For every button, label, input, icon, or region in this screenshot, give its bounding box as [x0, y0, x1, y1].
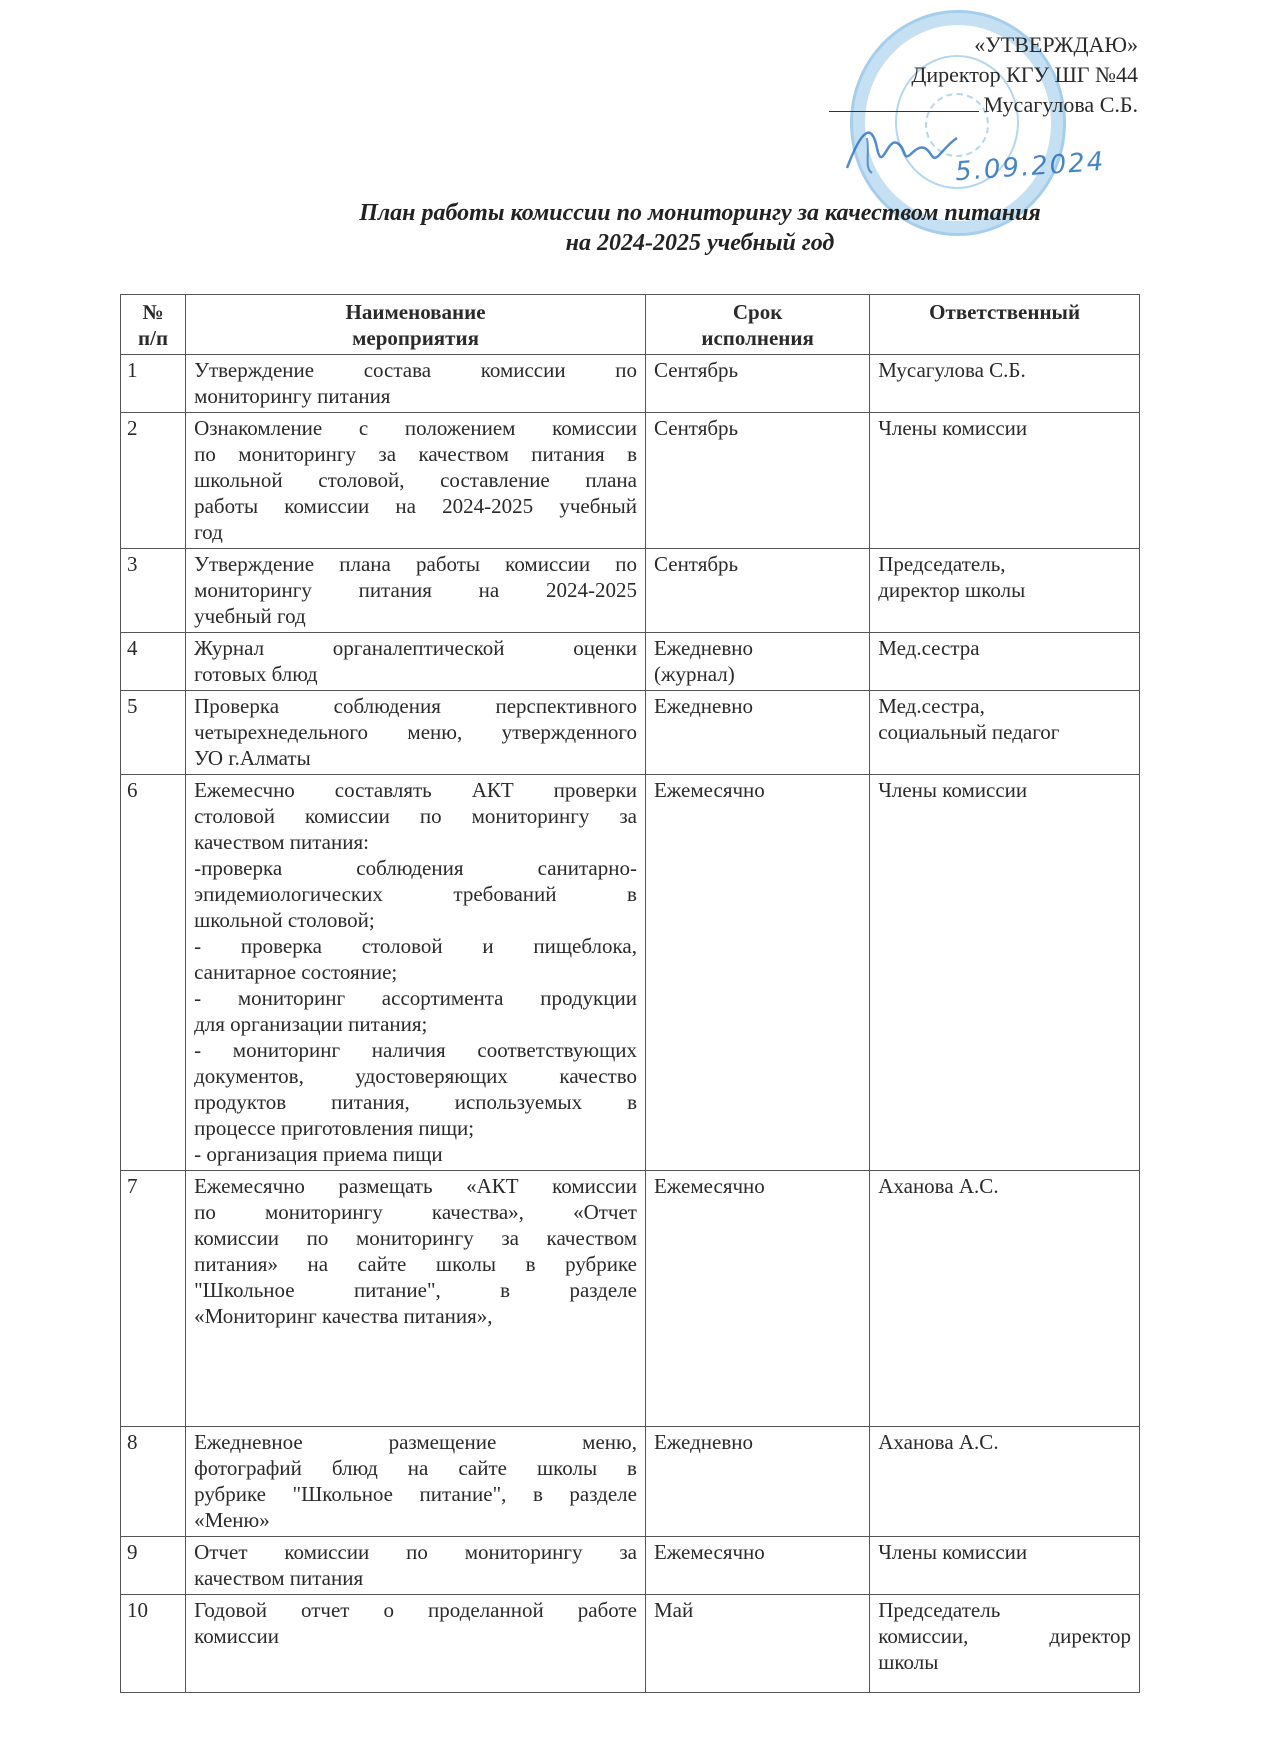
table-row: 9Отчет комиссии по мониторингу закачеств… [121, 1537, 1140, 1595]
activity-name: Годовой отчет о проделанной работекомисс… [186, 1595, 646, 1693]
deadline: Ежемесячно [645, 1537, 869, 1595]
table-row: 4Журнал органалептической оценкиготовых … [121, 633, 1140, 691]
approval-block: «УТВЕРЖДАЮ» Директор КГУ ШГ №44 Мусагуло… [829, 30, 1138, 120]
responsible-person: Мед.сестра [870, 633, 1140, 691]
activity-name: Ежемесячно размещать «АКТ комиссиипо мон… [186, 1171, 646, 1427]
approval-signatory: Мусагулова С.Б. [829, 90, 1138, 120]
activity-name: Утверждение плана работы комиссии помони… [186, 549, 646, 633]
deadline: Ежемесячно [645, 775, 869, 1171]
row-number: 10 [121, 1595, 186, 1693]
activity-name: Утверждение состава комиссии помониторин… [186, 355, 646, 413]
activity-name: Журнал органалептической оценкиготовых б… [186, 633, 646, 691]
director-signature [842, 118, 962, 178]
approval-name: Мусагулова С.Б. [983, 92, 1138, 117]
table-body: 1Утверждение состава комиссии помонитори… [121, 355, 1140, 1693]
table-header-row: №п/п Наименованиемероприятия Срокисполне… [121, 295, 1140, 355]
deadline: Сентябрь [645, 413, 869, 549]
responsible-person: Члены комиссии [870, 1537, 1140, 1595]
responsible-person: Мед.сестра,социальный педагог [870, 691, 1140, 775]
responsible-person: Члены комиссии [870, 775, 1140, 1171]
responsible-person: Аханова А.С. [870, 1171, 1140, 1427]
header-responsible: Ответственный [870, 295, 1140, 355]
activity-name: Ознакомление с положением комиссиипо мон… [186, 413, 646, 549]
responsible-person: Мусагулова С.Б. [870, 355, 1140, 413]
row-number: 5 [121, 691, 186, 775]
row-number: 9 [121, 1537, 186, 1595]
document-title: План работы комиссии по мониторингу за к… [250, 198, 1150, 258]
deadline: Май [645, 1595, 869, 1693]
deadline: Ежедневно(журнал) [645, 633, 869, 691]
deadline: Ежедневно [645, 1427, 869, 1537]
title-line-1: План работы комиссии по мониторингу за к… [250, 198, 1150, 228]
header-num: №п/п [121, 295, 186, 355]
table-row: 8Ежедневное размещение меню,фотографий б… [121, 1427, 1140, 1537]
activity-name: Отчет комиссии по мониторингу закачество… [186, 1537, 646, 1595]
approval-position: Директор КГУ ШГ №44 [829, 60, 1138, 90]
deadline: Сентябрь [645, 549, 869, 633]
responsible-person: Члены комиссии [870, 413, 1140, 549]
responsible-person: Председателькомиссии, директоршколы [870, 1595, 1140, 1693]
title-line-2: на 2024-2025 учебный год [250, 228, 1150, 258]
row-number: 6 [121, 775, 186, 1171]
header-term: Срокисполнения [645, 295, 869, 355]
responsible-person: Аханова А.С. [870, 1427, 1140, 1537]
header-name: Наименованиемероприятия [186, 295, 646, 355]
deadline: Ежемесячно [645, 1171, 869, 1427]
table-row: 5Проверка соблюдения перспективногочетыр… [121, 691, 1140, 775]
row-number: 8 [121, 1427, 186, 1537]
row-number: 1 [121, 355, 186, 413]
row-number: 4 [121, 633, 186, 691]
deadline: Сентябрь [645, 355, 869, 413]
activity-name: Проверка соблюдения перспективногочетыре… [186, 691, 646, 775]
approval-heading: «УТВЕРЖДАЮ» [829, 30, 1138, 60]
activity-name: Ежемесчно составлять АКТ проверкистолово… [186, 775, 646, 1171]
plan-table: №п/п Наименованиемероприятия Срокисполне… [120, 294, 1140, 1693]
table-row: 6Ежемесчно составлять АКТ проверкистолов… [121, 775, 1140, 1171]
activity-name: Ежедневное размещение меню,фотографий бл… [186, 1427, 646, 1537]
row-number: 2 [121, 413, 186, 549]
row-number: 7 [121, 1171, 186, 1427]
signature-line [829, 97, 979, 112]
table-row: 1Утверждение состава комиссии помонитори… [121, 355, 1140, 413]
responsible-person: Председатель,директор школы [870, 549, 1140, 633]
row-number: 3 [121, 549, 186, 633]
handwritten-date: 5.09.2024 [954, 147, 1106, 187]
table-row: 10Годовой отчет о проделанной работекоми… [121, 1595, 1140, 1693]
deadline: Ежедневно [645, 691, 869, 775]
table-row: 7Ежемесячно размещать «АКТ комиссиипо мо… [121, 1171, 1140, 1427]
table-row: 2Ознакомление с положением комиссиипо мо… [121, 413, 1140, 549]
table-row: 3Утверждение плана работы комиссии помон… [121, 549, 1140, 633]
